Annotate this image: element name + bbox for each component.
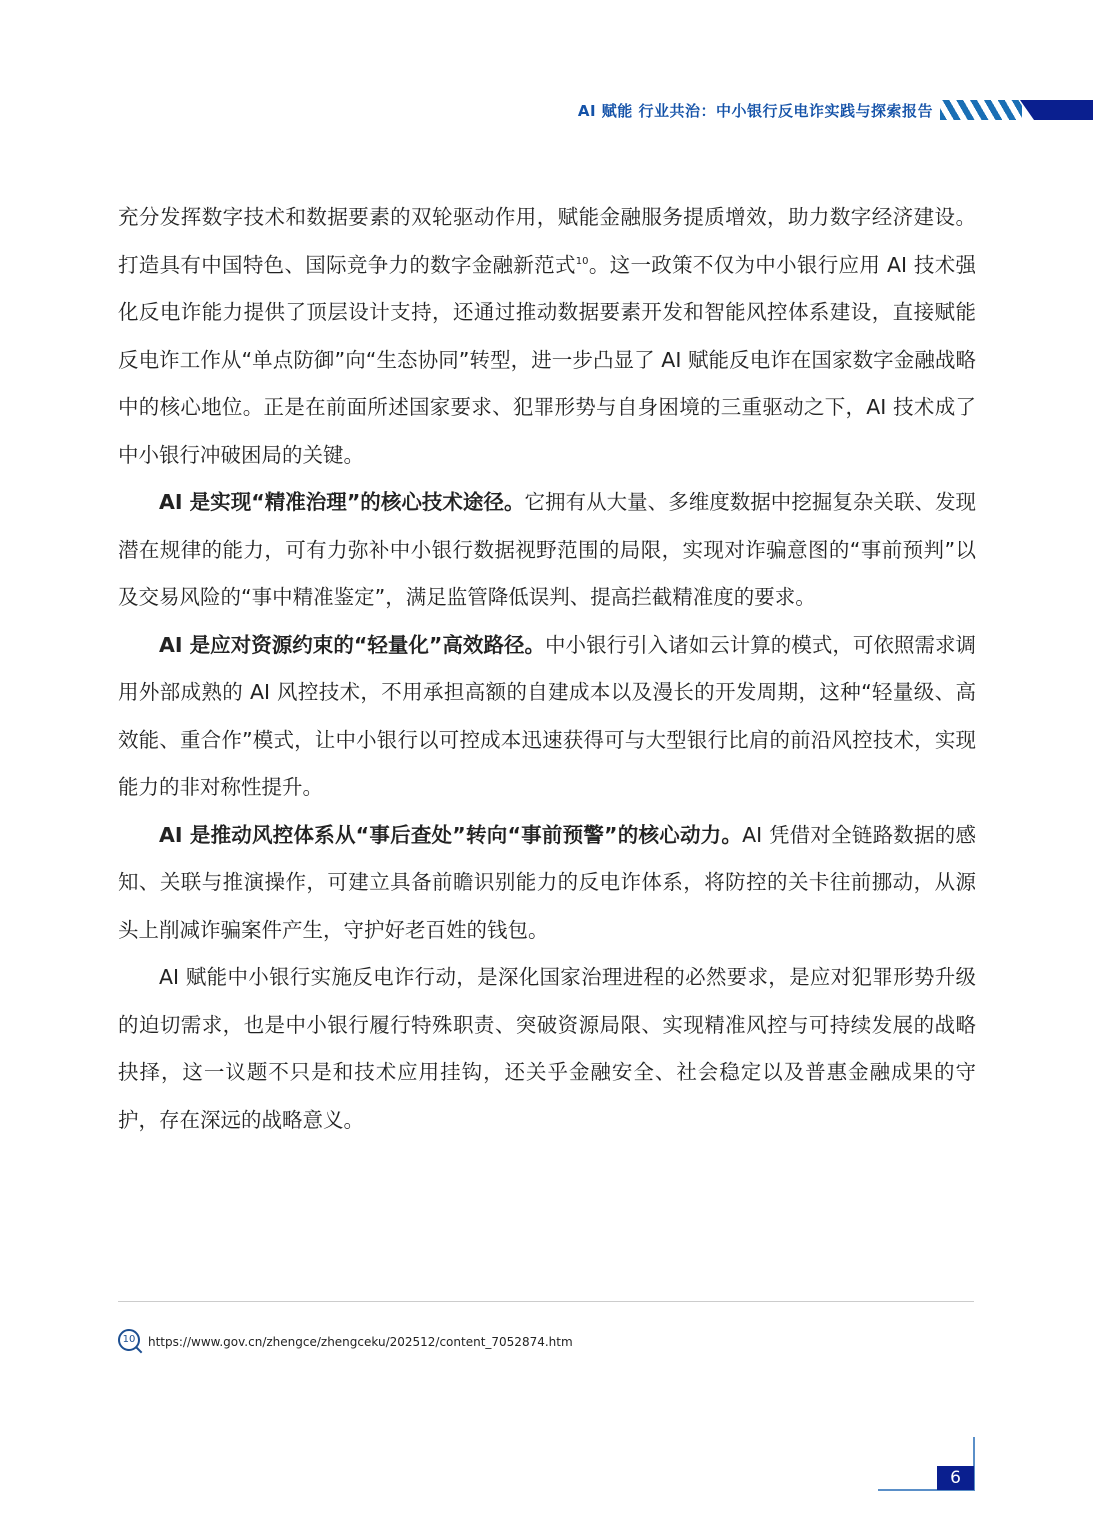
footnote-url-link[interactable]: https://www.gov.cn/zhengce/zhengceku/202… xyxy=(148,1335,573,1349)
bold-lead: AI 是实现“精准治理”的核心技术途径。 xyxy=(159,490,525,514)
page-number: 6 xyxy=(937,1466,974,1490)
paragraph-5: AI 赋能中小银行实施反电诈行动，是深化国家治理进程的必然要求，是应对犯罪形势升… xyxy=(118,954,976,1144)
bold-lead: AI 是推动风控体系从“事后查处”转向“事前预警”的核心动力。 xyxy=(159,823,742,847)
paragraph-1: 充分发挥数字技术和数据要素的双轮驱动作用，赋能金融服务提质增效，助力数字经济建设… xyxy=(118,194,976,479)
bold-lead: AI 是应对资源约束的“轻量化”高效路径。 xyxy=(159,633,545,657)
paragraph-3: AI 是应对资源约束的“轻量化”高效路径。中小银行引入诸如云计算的模式，可依照需… xyxy=(118,622,976,812)
running-header: AI 赋能 行业共治：中小银行反电诈实践与探索报告 xyxy=(0,98,1093,124)
report-title: AI 赋能 行业共治：中小银行反电诈实践与探索报告 xyxy=(578,100,933,121)
header-stripes-decoration xyxy=(940,100,1022,120)
footnote: 10 https://www.gov.cn/zhengce/zhengceku/… xyxy=(118,1330,573,1354)
header-bar-decoration xyxy=(1020,100,1093,120)
paragraph-2: AI 是实现“精准治理”的核心技术途径。它拥有从大量、多维度数据中挖掘复杂关联、… xyxy=(118,479,976,622)
magnifier-icon: 10 xyxy=(118,1329,144,1355)
body-text: 充分发挥数字技术和数据要素的双轮驱动作用，赋能金融服务提质增效，助力数字经济建设… xyxy=(118,194,976,1144)
footnote-ref[interactable]: 10 xyxy=(576,256,589,267)
paragraph-4: AI 是推动风控体系从“事后查处”转向“事前预警”的核心动力。AI 凭借对全链路… xyxy=(118,812,976,955)
footnote-divider xyxy=(118,1301,974,1302)
